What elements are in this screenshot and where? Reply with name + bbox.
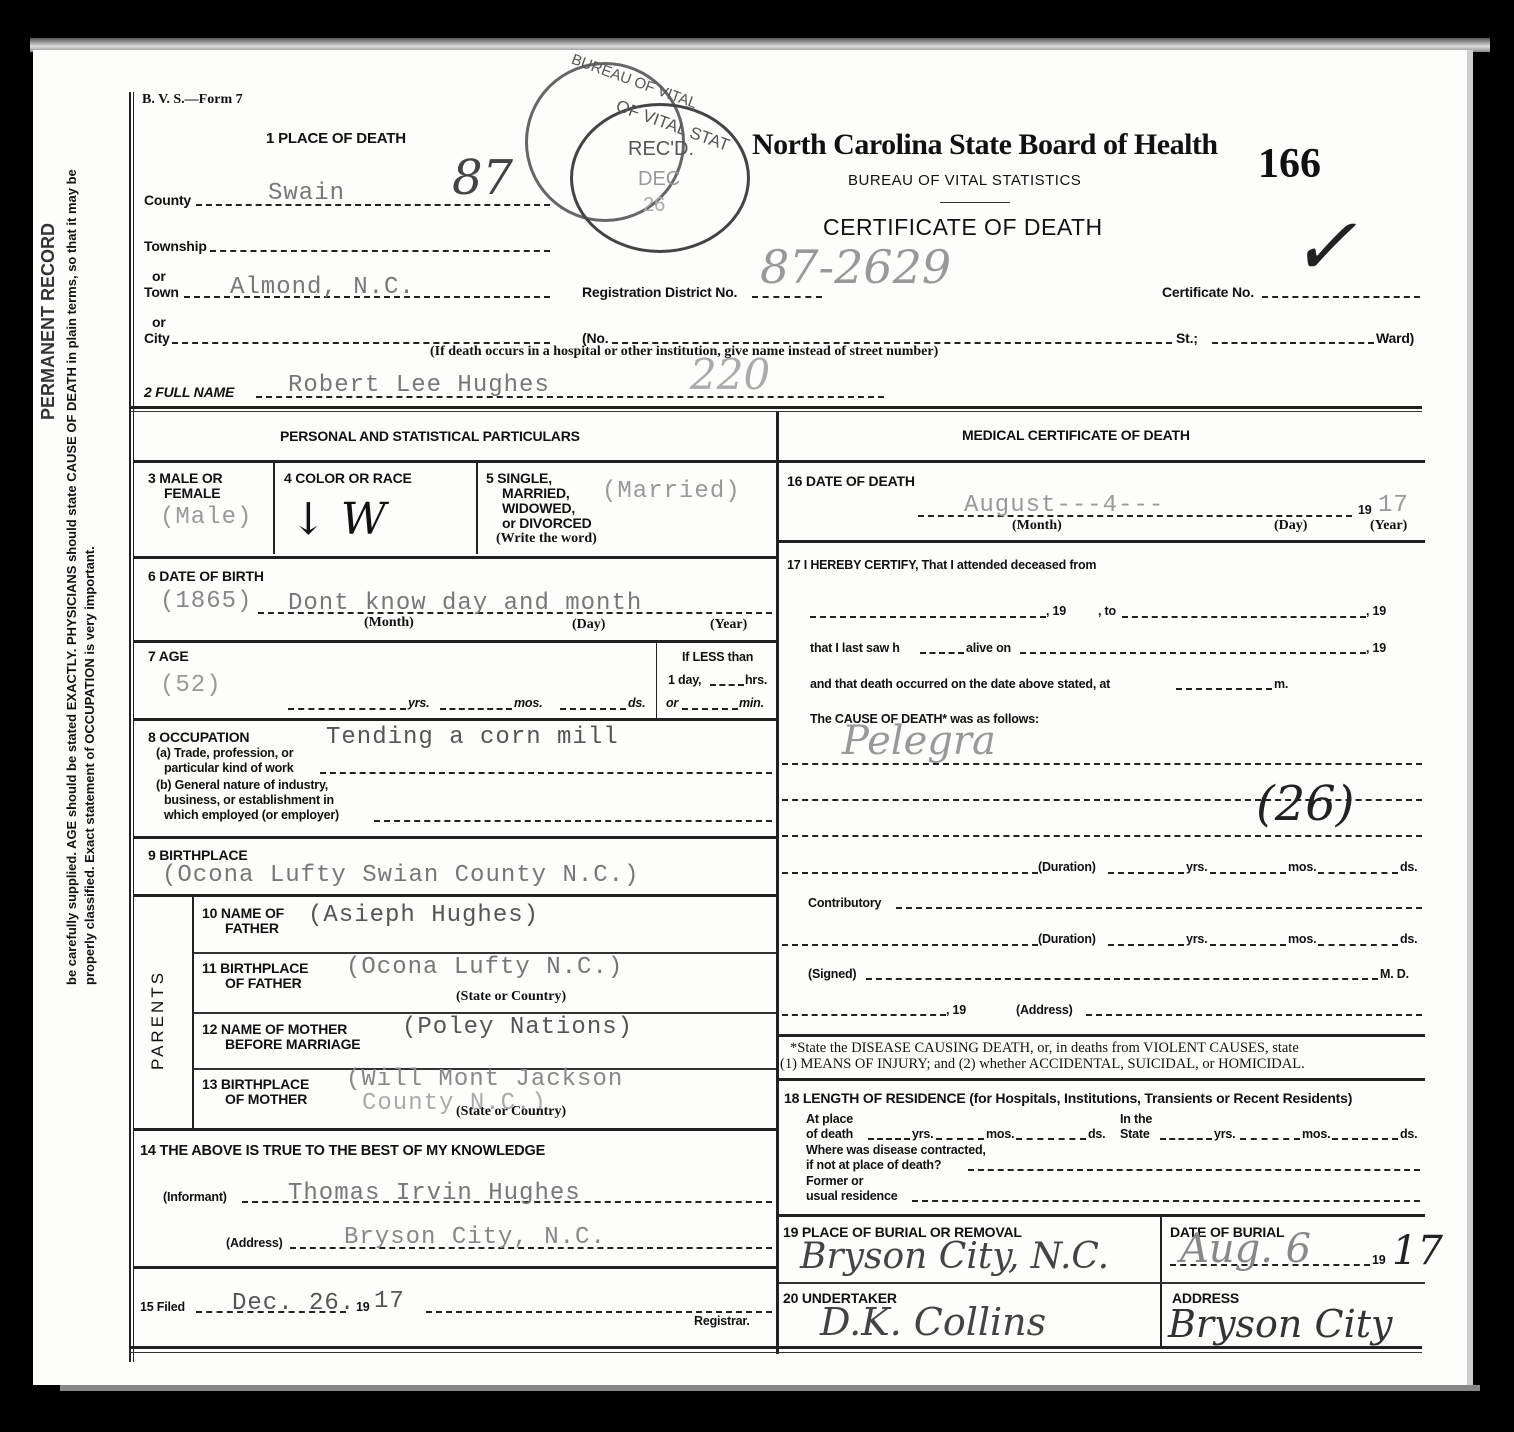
duration-1-yrs: yrs. xyxy=(1186,860,1207,874)
contributory-line xyxy=(896,907,1422,909)
informant-label: (Informant) xyxy=(163,1190,227,1204)
bottom-divider-2 xyxy=(130,1352,1422,1353)
former-2: usual residence xyxy=(806,1189,898,1203)
duration-2-label: (Duration) xyxy=(1038,932,1096,946)
residence-label: 18 LENGTH OF RESIDENCE (for Hospitals, I… xyxy=(784,1090,1352,1106)
received-stamp-inner: OF VITAL STAT REC'D. DEC 26 xyxy=(570,103,750,253)
title-divider xyxy=(940,202,1010,203)
mother-birthplace-value-1: (Will Mont Jackson xyxy=(346,1066,623,1093)
at-place-mos-line xyxy=(936,1138,984,1140)
at-place-1: At place xyxy=(806,1112,853,1126)
informant-header: 14 THE ABOVE IS TRUE TO THE BEST OF MY K… xyxy=(140,1143,545,1159)
row-divider-birthplace xyxy=(134,836,776,839)
burial-date-value: Aug. 6 xyxy=(1180,1226,1311,1272)
race-marital-divider xyxy=(476,462,478,554)
occupation-a-1: (a) Trade, profession, or xyxy=(156,746,293,760)
duration-2-yrs: yrs. xyxy=(1186,932,1207,946)
father-name-label-2: FATHER xyxy=(225,920,279,936)
full-name-value: Robert Lee Hughes xyxy=(288,372,550,399)
birthplace-label: 9 BIRTHPLACE xyxy=(148,847,248,863)
dod-value: August---4--- xyxy=(964,492,1164,519)
dob-month-caption: (Month) xyxy=(364,615,414,631)
certify-to-line xyxy=(1122,616,1366,618)
sex-label-2: FEMALE xyxy=(164,485,220,501)
row-divider-footnote xyxy=(779,1034,1425,1037)
duration-1-line xyxy=(782,872,1038,874)
certify-to: , to xyxy=(1098,604,1116,618)
city-or-label: or xyxy=(152,314,166,330)
age-yrs-label: yrs. xyxy=(408,696,429,710)
stamp-received: REC'D. xyxy=(628,138,694,161)
parents-label: PARENTS xyxy=(148,970,168,1070)
side-note-instructions-1: be carefully supplied. AGE should be sta… xyxy=(64,169,79,985)
death-occurred-label: and that death occurred on the date abov… xyxy=(810,677,1110,691)
certificate-no-line xyxy=(1262,296,1420,298)
dob-day-caption: (Day) xyxy=(572,617,605,633)
town-or-label: or xyxy=(152,268,166,284)
certify-19a: , 19 xyxy=(1046,604,1066,618)
row-divider-occupation xyxy=(134,718,776,721)
certificate-no-label: Certificate No. xyxy=(1162,284,1254,300)
undertaker-address-value: Bryson City xyxy=(1168,1302,1392,1346)
death-time-m: m. xyxy=(1274,677,1288,691)
less-min-label: min. xyxy=(739,696,764,710)
cause-line-1 xyxy=(782,763,1422,765)
county-value: Swain xyxy=(268,180,345,207)
certificate-checkmark: ✓ xyxy=(1290,200,1357,293)
address-line xyxy=(1086,1014,1422,1016)
burial-place-value: Bryson City, N.C. xyxy=(800,1236,1109,1277)
duration-2-ds-line xyxy=(1318,944,1398,946)
father-name-value: (Asieph Hughes) xyxy=(308,902,539,929)
contracted-line xyxy=(968,1169,1420,1171)
certify-label: 17 I HEREBY CERTIFY, That I attended dec… xyxy=(787,558,1096,572)
occupation-label: 8 OCCUPATION xyxy=(148,729,249,745)
in-the-1: In the xyxy=(1120,1112,1152,1126)
row-divider-age xyxy=(134,640,776,643)
burial-year-value: 17 xyxy=(1392,1228,1443,1274)
footnote-2: (1) MEANS OF INJURY; and (2) whether ACC… xyxy=(780,1056,1305,1073)
marital-label-5: (Write the word) xyxy=(496,531,597,547)
less-or-label: or xyxy=(666,696,678,710)
contracted-1: Where was disease contracted, xyxy=(806,1143,986,1157)
occupation-b-1: (b) General nature of industry, xyxy=(156,778,328,792)
at-place-2: of death xyxy=(806,1127,853,1141)
duration-2-mos-line xyxy=(1210,944,1286,946)
contributory-label: Contributory xyxy=(808,896,881,910)
duration-2-yrs-line xyxy=(1108,944,1184,946)
full-name-label: 2 FULL NAME xyxy=(144,384,234,400)
in-the-2: State xyxy=(1120,1127,1150,1141)
registration-district-label: Registration District No. xyxy=(582,284,737,300)
former-1: Former or xyxy=(806,1174,863,1188)
hospital-note: (If death occurs in a hospital or other … xyxy=(430,344,938,360)
mother-name-label-2: BEFORE MARRIAGE xyxy=(225,1036,360,1052)
father-birthplace-label-2: OF FATHER xyxy=(225,975,302,991)
sex-value: (Male) xyxy=(160,504,252,531)
personal-header-divider xyxy=(134,460,776,463)
sex-race-divider xyxy=(273,462,275,554)
father-state-caption: (State or Country) xyxy=(456,989,566,1005)
township-label: Township xyxy=(144,238,207,254)
address-label: (Address) xyxy=(1016,1003,1073,1017)
filed-value: Dec. 26. xyxy=(232,1290,355,1317)
document-title: CERTIFICATE OF DEATH xyxy=(823,214,1103,241)
occupation-value: Tending a corn mill xyxy=(326,724,619,751)
occupation-b-3: which employed (or employer) xyxy=(164,808,339,822)
dob-year-caption: (Year) xyxy=(710,617,747,633)
section-divider-top xyxy=(130,406,1422,409)
row-divider-parents xyxy=(134,894,776,897)
duration-1-mos-line xyxy=(1210,872,1286,874)
form-id: B. V. S.—Form 7 xyxy=(142,92,243,108)
row-divider-residence xyxy=(779,1078,1425,1081)
full-name-code: 220 xyxy=(690,350,770,399)
signed-line xyxy=(866,978,1378,980)
certify-19b: , 19 xyxy=(1366,604,1386,618)
age-value: (52) xyxy=(160,672,222,699)
row-divider-undertaker xyxy=(779,1282,1425,1284)
side-note-permanent-record: PERMANENT RECORD xyxy=(38,223,59,420)
in-state-ds: ds. xyxy=(1400,1127,1417,1141)
occupation-a-2: particular kind of work xyxy=(164,761,293,775)
stamp-month: DEC xyxy=(638,168,680,191)
less-min-line xyxy=(682,708,738,710)
birthplace-value: (Ocona Lufty Swian County N.C.) xyxy=(162,862,639,889)
in-state-ds-line xyxy=(1332,1138,1398,1140)
street-label: St.; xyxy=(1176,330,1198,346)
bureau-title: BUREAU OF VITAL STATISTICS xyxy=(848,172,1081,189)
age-label: 7 AGE xyxy=(148,648,189,664)
dod-year-caption: (Year) xyxy=(1370,518,1407,534)
side-note-instructions-2: properly classified. Exact statement of … xyxy=(82,546,97,985)
filed-year-value: 17 xyxy=(374,1288,405,1315)
in-state-yrs-line xyxy=(1160,1138,1212,1140)
contracted-2: if not at place of death? xyxy=(806,1158,941,1172)
signed-date-line xyxy=(782,1014,946,1016)
ward-label: Ward) xyxy=(1376,330,1414,346)
marital-label-3: WIDOWED, xyxy=(502,500,575,516)
personal-header: PERSONAL AND STATISTICAL PARTICULARS xyxy=(280,428,580,444)
page-number: 166 xyxy=(1258,140,1321,188)
age-less-divider xyxy=(656,642,657,718)
duration-1-yrs-line xyxy=(1108,872,1184,874)
center-divider xyxy=(776,412,779,1354)
race-value: ↓ W xyxy=(290,494,386,545)
county-code: 87 xyxy=(452,150,513,206)
occupation-a-line xyxy=(320,772,772,774)
certify-from-line xyxy=(810,616,1046,618)
age-ds-label: ds. xyxy=(628,696,645,710)
marital-label-2: MARRIED, xyxy=(502,485,570,501)
father-name-label-1: 10 NAME OF xyxy=(202,905,284,921)
dod-year-value: 17 xyxy=(1378,492,1409,519)
frame-left-line-2 xyxy=(133,92,134,1362)
last-saw-19: , 19 xyxy=(1366,641,1386,655)
undertaker-value: D.K. Collins xyxy=(820,1300,1046,1344)
ward-line xyxy=(1212,342,1374,344)
mother-state-caption: (State or Country) xyxy=(456,1104,566,1120)
medical-header-divider xyxy=(779,460,1425,463)
footnote-1: *State the DISEASE CAUSING DEATH, or, in… xyxy=(790,1040,1299,1057)
less-hrs-label: hrs. xyxy=(745,673,767,687)
at-place-mos: mos. xyxy=(986,1127,1014,1141)
row-divider-filed xyxy=(134,1266,776,1269)
town-label: Town xyxy=(144,284,179,300)
signed-label: (Signed) xyxy=(808,967,856,981)
last-saw-line xyxy=(920,652,964,654)
sex-label-1: 3 MALE OR xyxy=(148,470,222,486)
informant-address-label: (Address) xyxy=(226,1236,283,1250)
in-state-mos-line xyxy=(1240,1138,1300,1140)
dod-label: 16 DATE OF DEATH xyxy=(787,473,915,489)
less-day-label: 1 day, xyxy=(668,673,701,687)
row-divider-burial xyxy=(779,1214,1425,1217)
frame-left-line xyxy=(129,92,131,1362)
registration-district-value: 87-2629 xyxy=(760,240,951,294)
occupation-b-line xyxy=(374,820,772,822)
marital-label-1: 5 SINGLE, xyxy=(486,470,552,486)
alive-on-line xyxy=(1020,652,1366,654)
father-birthplace-value: (Ocona Lufty N.C.) xyxy=(346,954,623,981)
alive-on-label: alive on xyxy=(966,641,1011,655)
town-value: Almond, N.C. xyxy=(230,274,415,301)
agency-title: North Carolina State Board of Health xyxy=(752,128,1218,162)
mother-birthplace-label-2: OF MOTHER xyxy=(225,1091,307,1107)
paper-bottom-edge xyxy=(60,1385,1480,1391)
less-than-label: If LESS than xyxy=(682,650,753,664)
at-place-ds-line xyxy=(1016,1138,1086,1140)
row-divider-informant xyxy=(134,1128,776,1131)
row-divider-dob xyxy=(134,556,776,559)
cause-code: (26) xyxy=(1256,776,1355,832)
duration-1-ds: ds. xyxy=(1400,860,1417,874)
filed-year-prefix: 19 xyxy=(356,1300,370,1314)
city-label: City xyxy=(144,330,170,346)
last-saw-label: that I last saw h xyxy=(810,641,900,655)
duration-2-ds: ds. xyxy=(1400,932,1417,946)
township-line xyxy=(210,250,550,252)
cause-line-2 xyxy=(782,799,1422,801)
at-place-yrs: yrs. xyxy=(912,1127,933,1141)
dob-year-value: (1865) xyxy=(160,588,252,615)
age-ds-line xyxy=(560,708,626,710)
occupation-b-2: business, or establishment in xyxy=(164,793,334,807)
informant-address-value: Bryson City, N.C. xyxy=(344,1224,606,1251)
former-line xyxy=(912,1200,1420,1202)
mother-name-label-1: 12 NAME OF MOTHER xyxy=(202,1021,347,1037)
mother-name-value: (Poley Nations) xyxy=(402,1014,633,1041)
dob-label: 6 DATE OF BIRTH xyxy=(148,568,264,584)
place-of-death-heading: 1 PLACE OF DEATH xyxy=(266,130,406,147)
dod-month-caption: (Month) xyxy=(1012,518,1062,534)
duration-1-ds-line xyxy=(1318,872,1398,874)
registration-district-line xyxy=(752,296,822,298)
age-mos-line xyxy=(440,708,512,710)
cause-value: Pelegra xyxy=(842,718,996,764)
registrar-line xyxy=(426,1311,772,1313)
stamp-day: 26 xyxy=(643,194,665,217)
race-label: 4 COLOR OR RACE xyxy=(284,470,412,486)
filed-label: 15 Filed xyxy=(140,1300,185,1314)
marital-label-4: or DIVORCED xyxy=(502,515,592,531)
mother-birthplace-label-1: 13 BIRTHPLACE xyxy=(202,1076,309,1092)
burial-year-prefix: 19 xyxy=(1372,1253,1386,1267)
at-place-yrs-line xyxy=(868,1138,910,1140)
age-yrs-line xyxy=(288,708,406,710)
duration-2-line xyxy=(782,944,1038,946)
informant-value: Thomas Irvin Hughes xyxy=(288,1180,581,1207)
signed-19: , 19 xyxy=(946,1003,966,1017)
burial-divider xyxy=(1160,1216,1162,1346)
in-state-yrs: yrs. xyxy=(1214,1127,1235,1141)
bottom-divider xyxy=(130,1346,1422,1349)
cause-line-3 xyxy=(782,835,1422,837)
father-birthplace-label-1: 11 BIRTHPLACE xyxy=(202,960,308,976)
registrar-label: Registrar. xyxy=(694,1314,750,1328)
duration-1-label: (Duration) xyxy=(1038,860,1096,874)
medical-header: MEDICAL CERTIFICATE OF DEATH xyxy=(962,427,1190,443)
county-label: County xyxy=(144,192,191,208)
md-label: M. D. xyxy=(1380,967,1409,981)
age-mos-label: mos. xyxy=(514,696,542,710)
death-time-line xyxy=(1176,688,1272,690)
marital-value: (Married) xyxy=(602,478,741,505)
duration-2-mos: mos. xyxy=(1288,932,1316,946)
dod-year-prefix: 19 xyxy=(1358,503,1372,517)
at-place-ds: ds. xyxy=(1088,1127,1105,1141)
less-hrs-line xyxy=(710,684,744,686)
in-state-mos: mos. xyxy=(1302,1127,1330,1141)
dod-day-caption: (Day) xyxy=(1274,518,1307,534)
row-divider-certify xyxy=(779,540,1425,543)
duration-1-mos: mos. xyxy=(1288,860,1316,874)
dob-value: Dont know day and month xyxy=(288,590,642,617)
